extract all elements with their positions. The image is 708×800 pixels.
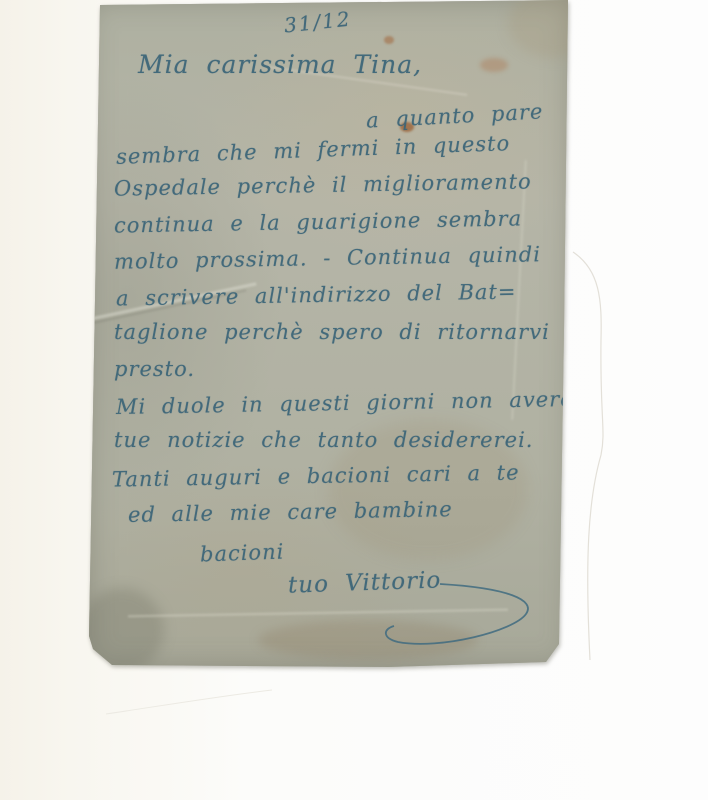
letter-paper-wrapper: 31/12 Mia carissima Tina, a quanto pare …	[88, 0, 570, 668]
letter-signature: tuo Vittorio	[288, 567, 442, 598]
letter-line: taglione perchè spero di ritornarvi	[114, 320, 550, 344]
letter-line: tue notizie che tanto desidererei.	[114, 428, 533, 452]
letter-line: presto.	[114, 357, 195, 381]
letter-closing: bacioni	[200, 540, 285, 567]
scanned-letter: { "letter": { "date": "31/12", "lines": …	[0, 0, 708, 800]
letter-paper: 31/12 Mia carissima Tina, a quanto pare …	[88, 0, 570, 668]
letter-salutation: Mia carissima Tina,	[138, 50, 422, 79]
